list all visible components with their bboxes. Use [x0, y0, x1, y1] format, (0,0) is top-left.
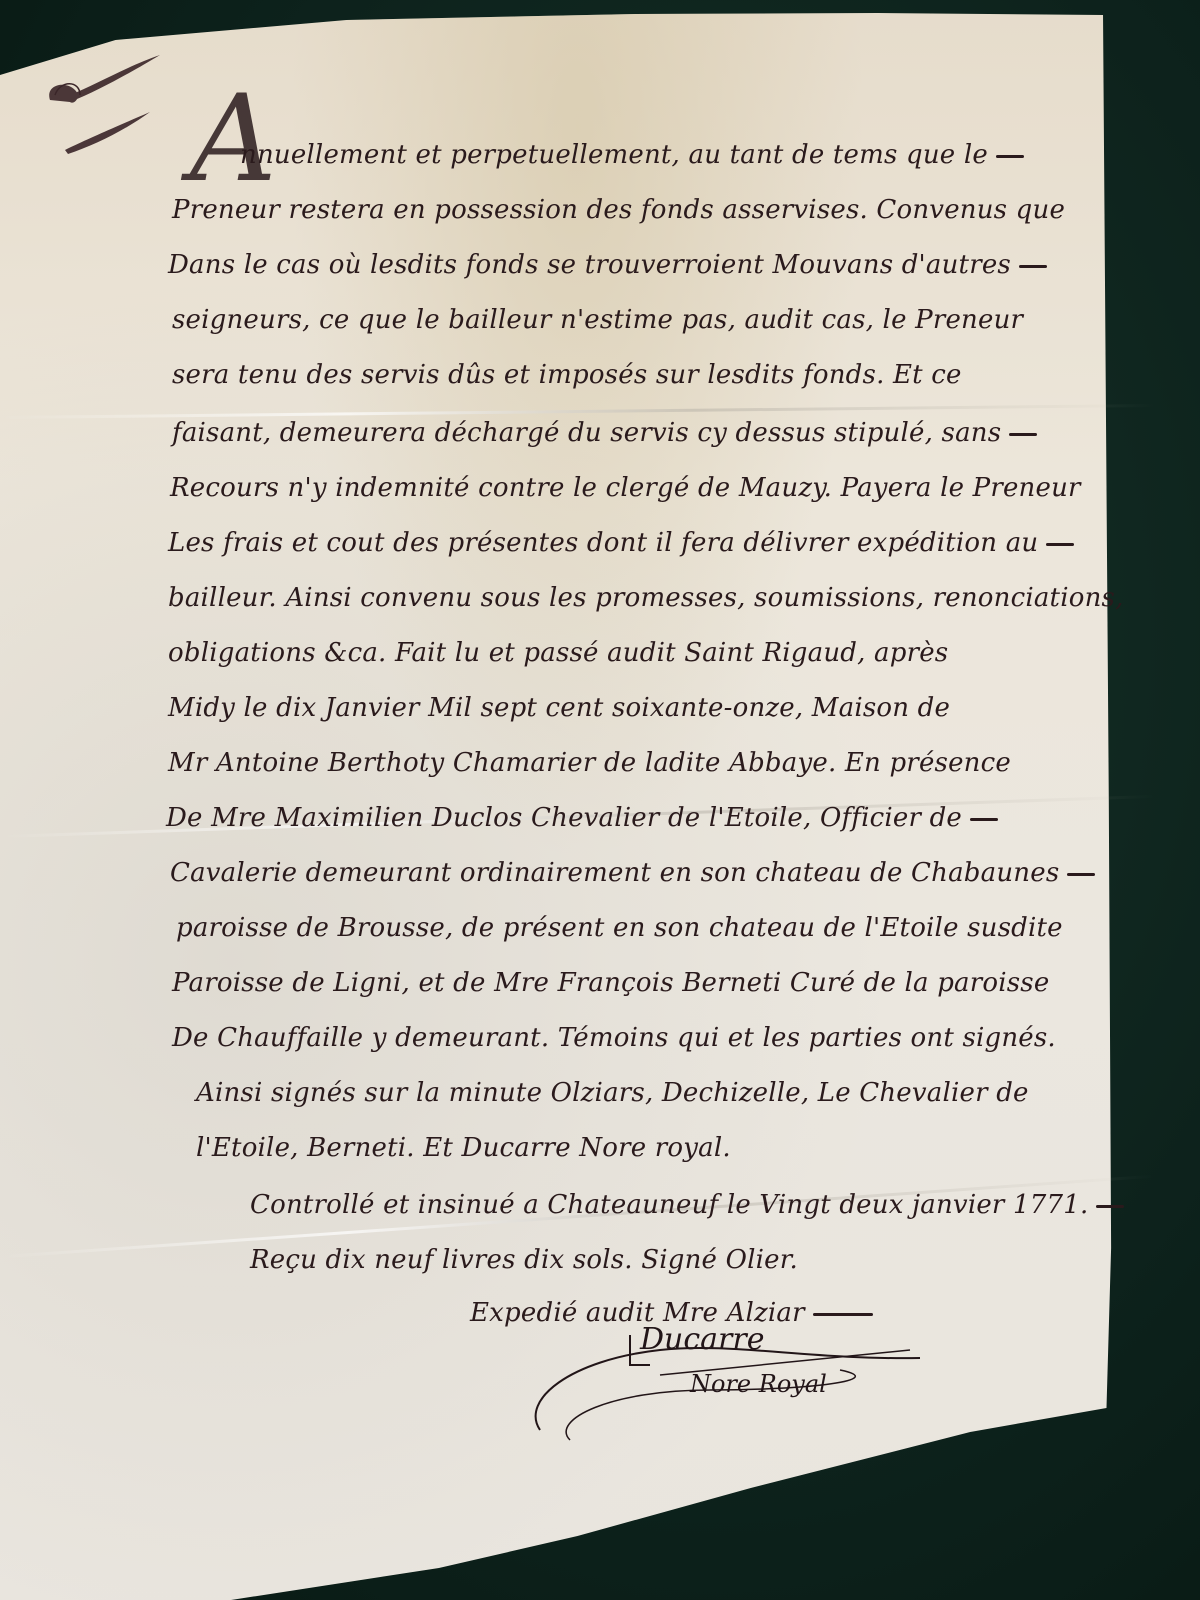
- line-text: faisant, demeurera déchargé du servis cy…: [172, 418, 1001, 448]
- text-line-19: l'Etoile, Berneti. Et Ducarre Nore royal…: [196, 1133, 731, 1163]
- control-registration-line: Controllé et insinué a Chateauneuf le Vi…: [250, 1190, 1124, 1220]
- text-line-1: nnuellement et perpetuellement, au tant …: [240, 140, 1024, 170]
- line-filler-dash: [813, 1313, 873, 1316]
- text-line-10: obligations &ca. Fait lu et passé audit …: [168, 638, 948, 668]
- quill-flourish-icon: [40, 50, 180, 160]
- line-text: nnuellement et perpetuellement, au tant …: [240, 140, 988, 170]
- text-line-17: De Chauffaille y demeurant. Témoins qui …: [172, 1023, 1056, 1053]
- text-line-3: Dans le cas où lesdits fonds se trouverr…: [168, 250, 1047, 280]
- text-line-9: bailleur. Ainsi convenu sous les promess…: [168, 583, 1124, 613]
- text-line-12: Mr Antoine Berthoty Chamarier de ladite …: [168, 748, 1011, 778]
- text-line-4: seigneurs, ce que le bailleur n'estime p…: [172, 305, 1023, 335]
- line-filler-dash: [1067, 873, 1095, 876]
- text-line-2: Preneur restera en possession des fonds …: [172, 195, 1065, 225]
- line-filler-dash: [1096, 1205, 1124, 1208]
- text-line-11: Midy le dix Janvier Mil sept cent soixan…: [168, 693, 950, 723]
- line-text: Cavalerie demeurant ordinairement en son…: [170, 858, 1059, 888]
- line-filler-dash: [1019, 265, 1047, 268]
- text-line-7: Recours n'y indemnité contre le clergé d…: [170, 473, 1081, 503]
- text-line-13: De Mre Maximilien Duclos Chevalier de l'…: [166, 803, 998, 833]
- receipt-line: Reçu dix neuf livres dix sols. Signé Oli…: [250, 1245, 798, 1275]
- signature-title: Nore Royal: [690, 1370, 827, 1398]
- text-line-5: sera tenu des servis dûs et imposés sur …: [172, 360, 962, 390]
- line-text: Les frais et cout des présentes dont il …: [168, 528, 1038, 558]
- text-line-8: Les frais et cout des présentes dont il …: [168, 528, 1074, 558]
- text-line-6: faisant, demeurera déchargé du servis cy…: [172, 418, 1037, 448]
- line-filler-dash: [1046, 543, 1074, 546]
- line-text: De Mre Maximilien Duclos Chevalier de l'…: [166, 803, 962, 833]
- line-text: Controllé et insinué a Chateauneuf le Vi…: [250, 1190, 1088, 1220]
- signature-name: Ducarre: [640, 1322, 765, 1357]
- line-filler-dash: [1009, 433, 1037, 436]
- text-line-15: paroisse de Brousse, de présent en son c…: [176, 913, 1063, 943]
- text-line-16: Paroisse de Ligni, et de Mre François Be…: [172, 968, 1049, 998]
- line-text: Dans le cas où lesdits fonds se trouverr…: [168, 250, 1011, 280]
- text-line-18: Ainsi signés sur la minute Olziars, Dech…: [196, 1078, 1029, 1108]
- line-filler-dash: [996, 155, 1024, 158]
- text-line-14: Cavalerie demeurant ordinairement en son…: [170, 858, 1095, 888]
- line-filler-dash: [970, 818, 998, 821]
